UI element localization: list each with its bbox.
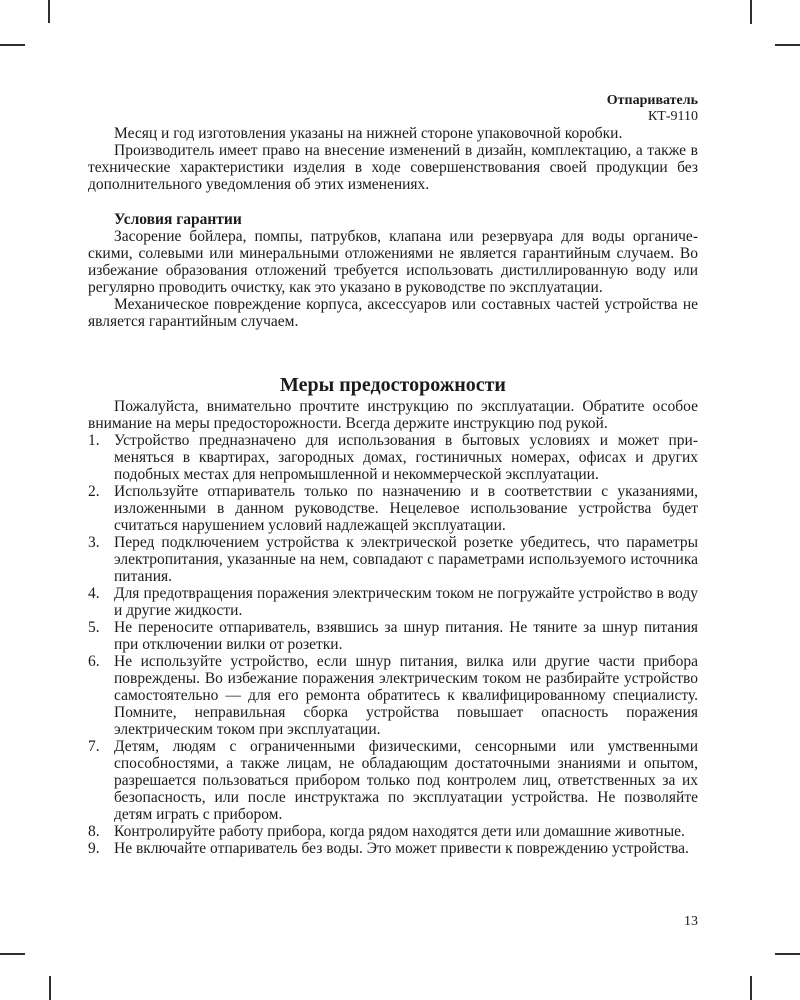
list-item: 2. Используйте отпариватель только по на… xyxy=(88,483,698,534)
crop-mark-top-right-vertical xyxy=(750,0,752,24)
crop-mark-top-left-horizontal xyxy=(0,44,25,46)
list-item-text: Используйте отпариватель только по назна… xyxy=(114,483,698,534)
design-changes-note: Производитель имеет право на внесение из… xyxy=(88,142,698,193)
warranty-paragraph: Засорение бойлера, помпы, патрубков, кла… xyxy=(88,228,698,296)
list-item-text: Не переносите отпариватель, взявшись за … xyxy=(114,619,698,653)
product-name: Отпариватель xyxy=(88,93,698,109)
precautions-intro: Пожалуйста, внимательно прочтите инструк… xyxy=(88,398,698,432)
list-item-number: 4. xyxy=(88,585,100,602)
manual-page: Отпариватель КТ-9110 Месяц и год изготов… xyxy=(0,0,800,1000)
warranty-paragraph: Механическое повреждение корпуса, аксесс… xyxy=(88,296,698,330)
list-item-text: Не используйте устройство, если шнур пит… xyxy=(114,653,698,738)
crop-mark-bottom-left-horizontal xyxy=(0,953,25,955)
model-number: КТ-9110 xyxy=(88,109,698,125)
list-item: 1. Устройство предназначено для использо… xyxy=(88,432,698,483)
list-item: 3. Перед подключением устройства к элект… xyxy=(88,534,698,585)
precautions-heading: Меры предосторожности xyxy=(88,372,698,398)
crop-mark-bottom-left-vertical xyxy=(49,976,51,1000)
page-number: 13 xyxy=(88,913,698,930)
list-item-number: 3. xyxy=(88,534,100,551)
list-item-number: 1. xyxy=(88,432,100,449)
list-item-number: 5. xyxy=(88,619,100,636)
list-item-text: Не включайте отпариватель без воды. Это … xyxy=(114,840,689,857)
list-item-text: Перед подключением устройства к электрич… xyxy=(114,534,698,585)
list-item: 4. Для предотвращения поражения электрич… xyxy=(88,585,698,619)
list-item-text: Детям, людям с ограниченными физическими… xyxy=(114,738,698,823)
manufacturing-date-note: Месяц и год изготовления указаны на нижн… xyxy=(88,125,698,142)
list-item: 7. Детям, людям с ограниченными физическ… xyxy=(88,738,698,823)
list-item-text: Контролируйте работу прибора, когда рядо… xyxy=(114,823,685,840)
list-item-text: Устройство предназначено для использован… xyxy=(114,432,698,483)
list-item: 5. Не переносите отпариватель, взявшись … xyxy=(88,619,698,653)
list-item-number: 9. xyxy=(88,840,100,857)
list-item-number: 8. xyxy=(88,823,100,840)
list-item: 6. Не используйте устройство, если шнур … xyxy=(88,653,698,738)
list-item-number: 6. xyxy=(88,653,100,670)
list-item-text: Для предотвращения поражения электрическ… xyxy=(114,585,698,619)
crop-mark-top-left-vertical xyxy=(48,0,50,23)
list-item: 8. Контролируйте работу прибора, когда р… xyxy=(88,823,698,840)
precautions-list: 1. Устройство предназначено для использо… xyxy=(88,432,698,857)
warranty-heading: Условия гарантии xyxy=(88,211,698,228)
list-item-number: 2. xyxy=(88,483,100,500)
running-header: Отпариватель КТ-9110 xyxy=(88,93,698,125)
crop-mark-bottom-right-horizontal xyxy=(775,953,800,955)
crop-mark-top-right-horizontal xyxy=(775,44,800,46)
list-item: 9. Не включайте отпариватель без воды. Э… xyxy=(88,840,698,857)
page-content: Отпариватель КТ-9110 Месяц и год изготов… xyxy=(88,0,698,857)
list-item-number: 7. xyxy=(88,738,100,755)
crop-mark-bottom-right-vertical xyxy=(750,976,752,1000)
